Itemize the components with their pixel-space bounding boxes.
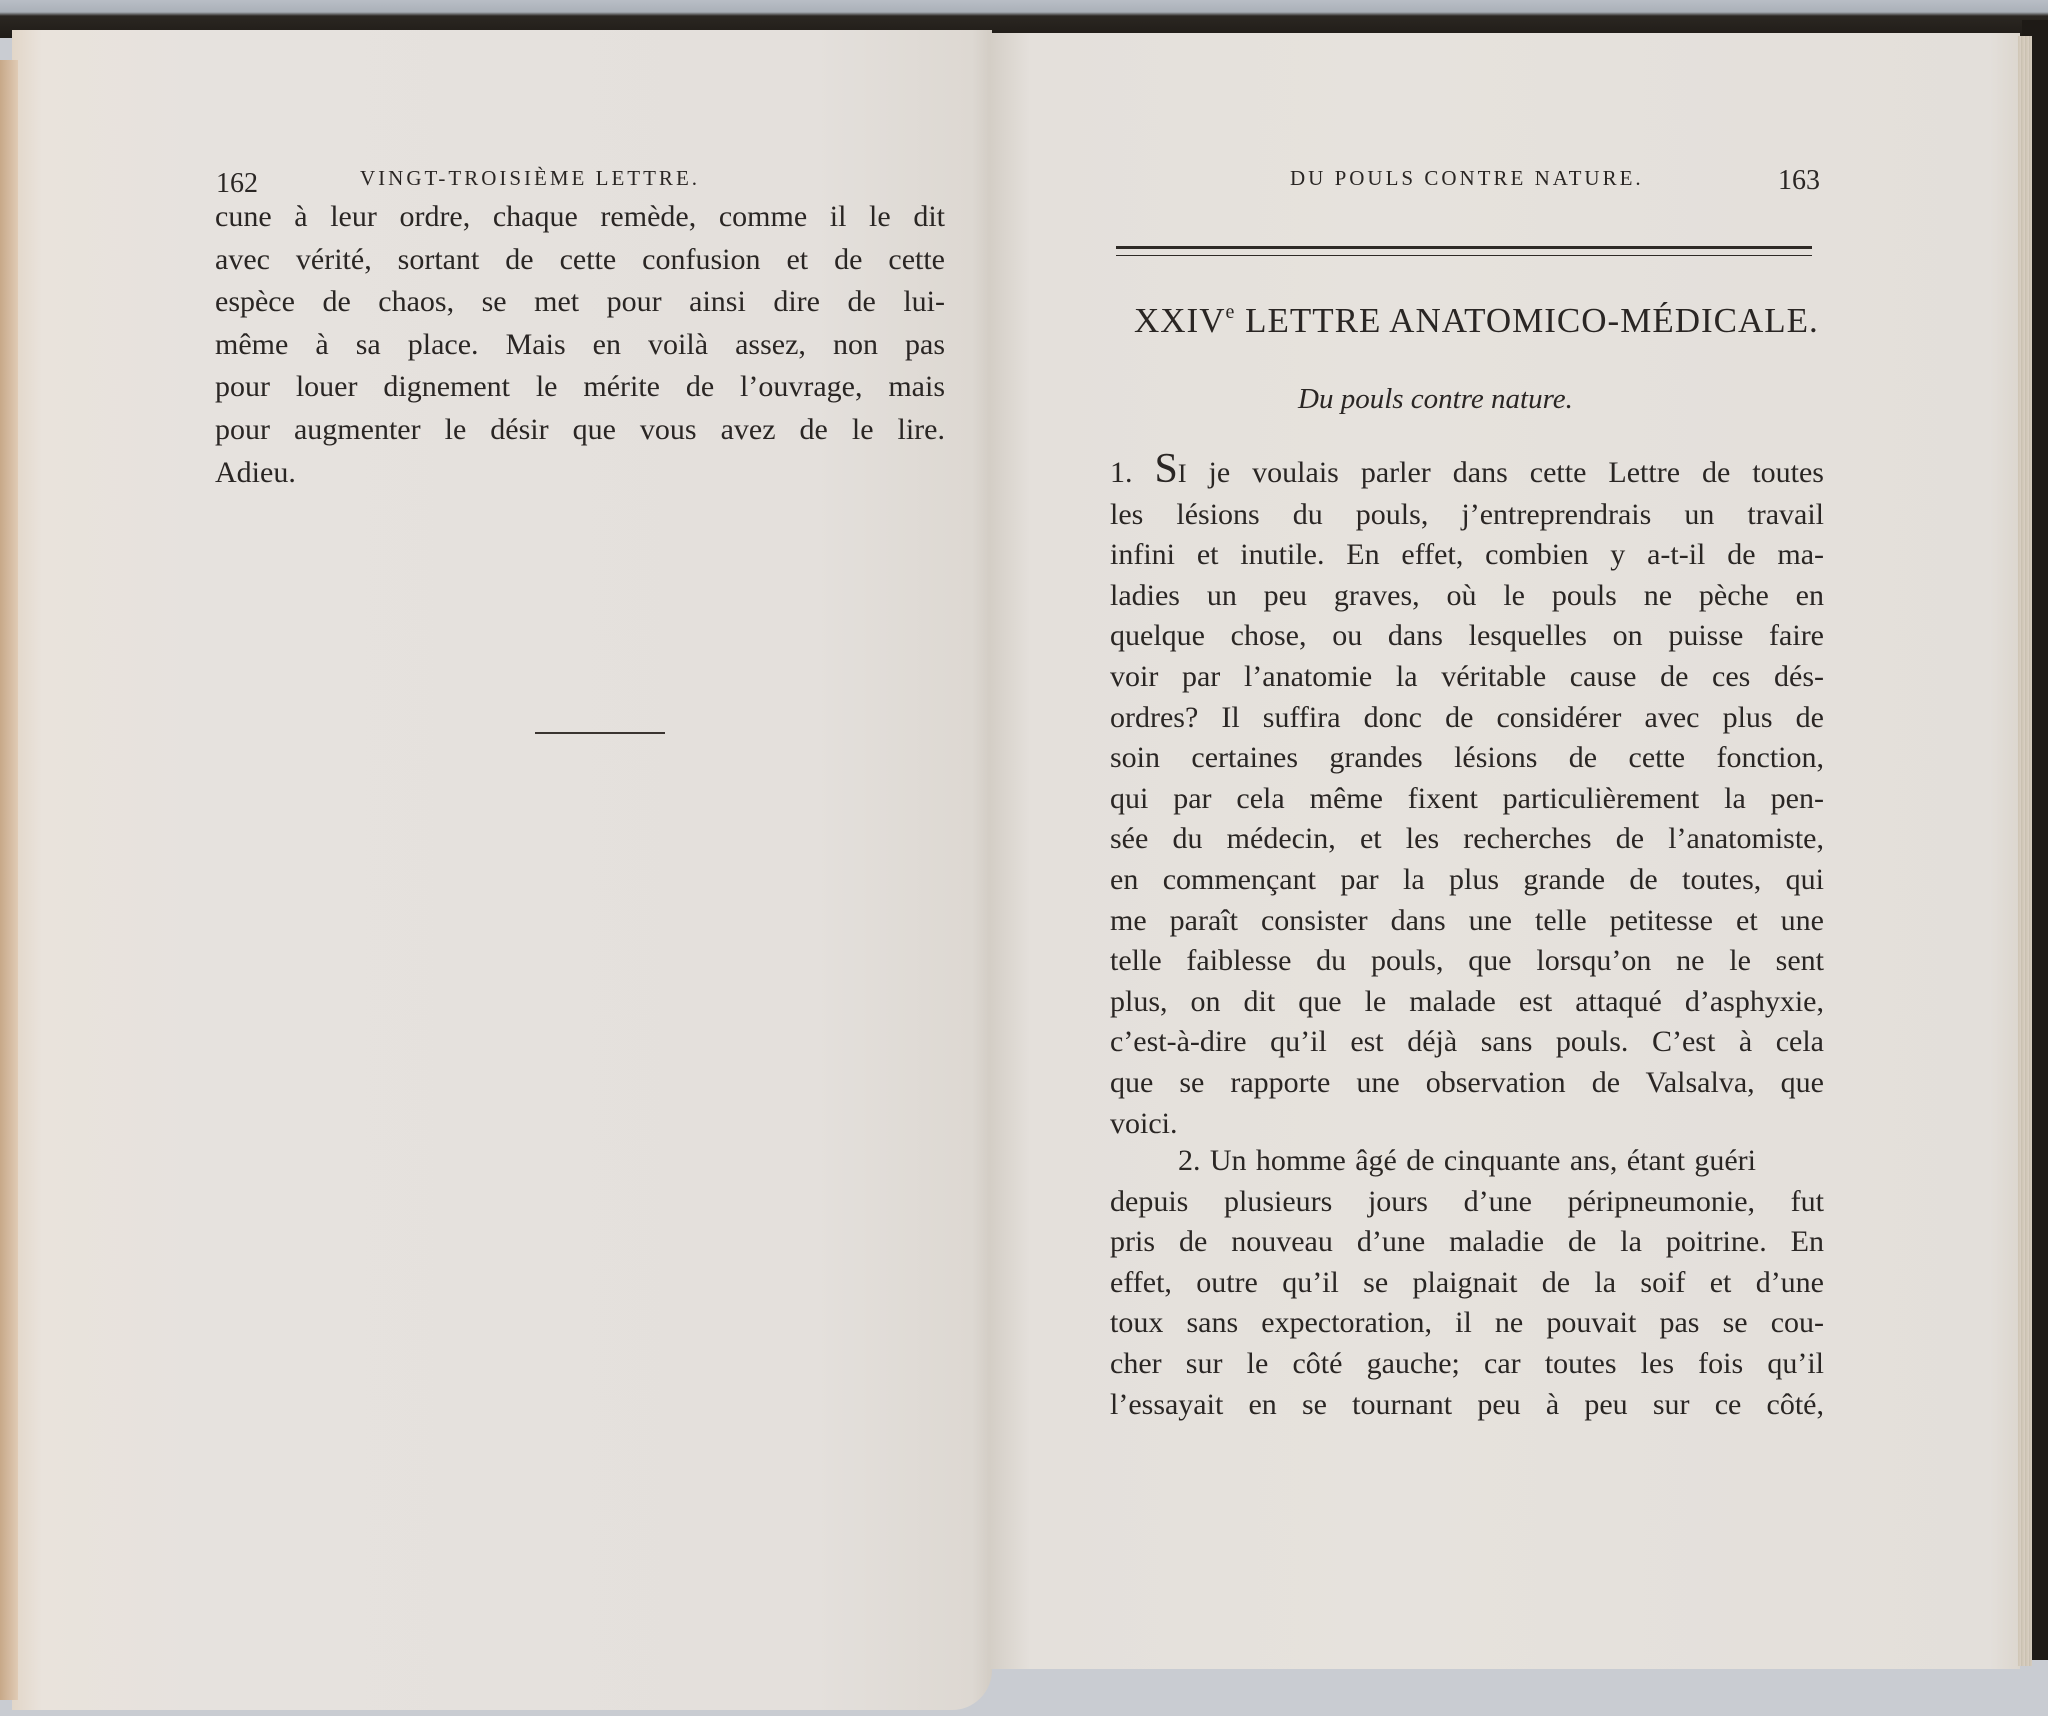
text-line: me paraît consister dans une telle petit… [1110,901,1824,942]
title-numeral: XXIV [1134,301,1225,340]
right-page-number: 163 [1778,165,1820,197]
text-line: cher sur le côté gauche; car toutes les … [1110,1344,1824,1385]
text-line: voici. [1110,1104,1824,1145]
title-text: LETTRE ANATOMICO-MÉDICALE. [1235,301,1818,340]
text-line: c’est-à-dire qu’il est déjà sans pouls. … [1110,1022,1824,1063]
text-line: ordres? Il suffira donc de considérer av… [1110,698,1824,739]
paragraph-2: 2. Un homme âgé de cinquante ans, étant … [1110,1141,1824,1425]
left-page-body: cune à leur ordre, chaque remède, comme … [215,196,945,494]
small-cap: I [1178,459,1187,488]
text-line: les lésions du pouls, j’entreprendrais u… [1110,495,1824,536]
title-superscript: e [1225,301,1235,323]
text-line: l’essayait en se tournant peu à peu sur … [1110,1385,1824,1426]
text-line: 2. Un homme âgé de cinquante ans, étant … [1110,1141,1756,1182]
text-line: voir par l’anatomie la véritable cause d… [1110,657,1824,698]
left-page-edges [0,60,18,1700]
text-line: Adieu. [215,452,945,495]
section-end-rule [535,732,665,734]
text-line: infini et inutile. En effet, combien y a… [1110,535,1824,576]
text-line: ladies un peu graves, où le pouls ne pèc… [1110,576,1824,617]
text-line: effet, outre qu’il se plaignait de la so… [1110,1263,1824,1304]
left-running-head: VINGT-TROISIÈME LETTRE. [360,166,700,191]
text-line: plus, on dit que le malade est attaqué d… [1110,982,1824,1023]
text-line: depuis plusieurs jours d’une péripneumon… [1110,1182,1824,1223]
drop-cap: S [1155,446,1178,492]
text-line: pris de nouveau d’une maladie de la poit… [1110,1222,1824,1263]
text-line: que se rapporte une observation de Valsa… [1110,1063,1824,1104]
paragraph-number: 1. [1110,456,1133,489]
text-line: sée du médecin, et les recherches de l’a… [1110,819,1824,860]
right-page-edges [2018,36,2032,1666]
text-line: espèce de chaos, se met pour ainsi dire … [215,281,945,324]
text-line: en commençant par la plus grande de tout… [1110,860,1824,901]
text-line: pour augmenter le désir que vous avez de… [215,409,945,452]
text-line: pour louer dignement le mérite de l’ouvr… [215,366,945,409]
text-line: telle faiblesse du pouls, que lorsqu’on … [1110,941,1824,982]
text-line: avec vérité, sortant de cette confusion … [215,239,945,282]
text-line: quelque chose, ou dans lesquelles on pui… [1110,616,1824,657]
text-line: cune à leur ordre, chaque remède, comme … [215,196,945,239]
text-line: même à sa place. Mais en voilà assez, no… [215,324,945,367]
right-running-head: DU POULS CONTRE NATURE. [1290,166,1644,191]
chapter-title: XXIVe LETTRE ANATOMICO-MÉDICALE. [1134,301,1819,341]
text-line: qui par cela même fixent particulièremen… [1110,779,1824,820]
text-line: toux sans expectoration, il ne pouvait p… [1110,1303,1824,1344]
paragraph-1: 1. SI je voulais parler dans cette Lettr… [1110,453,1824,1144]
chapter-double-rule [1116,246,1812,256]
text-line: 1. SI je voulais parler dans cette Lettr… [1110,453,1824,495]
text-line: soin certaines grandes lésions de cette … [1110,738,1824,779]
chapter-subtitle: Du pouls contre nature. [1298,383,1573,416]
